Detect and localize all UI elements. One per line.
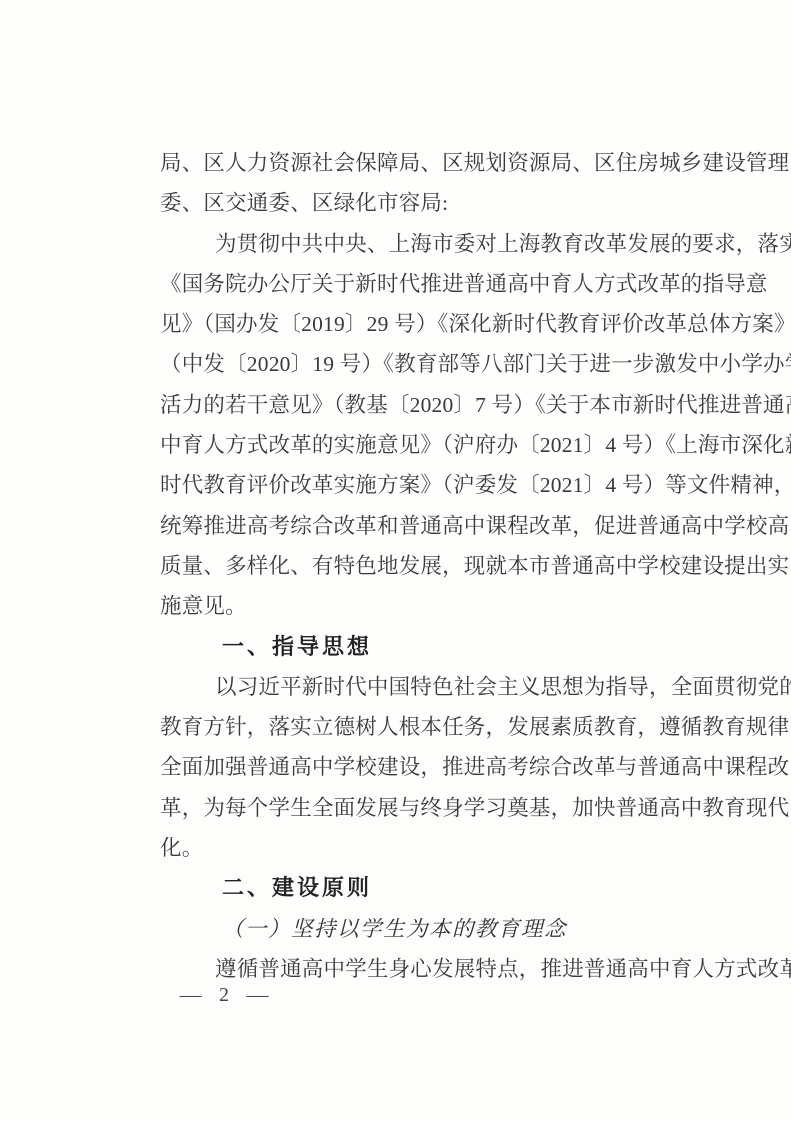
- paragraph-line: 革，为每个学生全面发展与终身学习奠基，加快普通高中教育现代: [160, 788, 782, 828]
- paragraph-line: 教育方针，落实立德树人根本任务，发展素质教育，遵循教育规律，: [160, 707, 782, 747]
- section1-heading: 一、指导思想: [160, 627, 782, 667]
- page-footer: — 2 —: [181, 984, 267, 1007]
- paragraph-line: 统筹推进高考综合改革和普通高中课程改革，促进普通高中学校高: [160, 506, 782, 546]
- paragraph-line: 见》（国办发〔2019〕29 号）《深化新时代教育评价改革总体方案》: [160, 304, 782, 344]
- paragraph-line: 施意见。: [160, 586, 782, 626]
- page-number: 2: [219, 984, 229, 1007]
- paragraph-line: 化。: [160, 828, 782, 868]
- document-body: 局、区人力资源社会保障局、区规划资源局、区住房城乡建设管理 委、区交通委、区绿化…: [160, 143, 782, 989]
- paragraph-line: 中育人方式改革的实施意见》（沪府办〔2021〕4 号）《上海市深化新: [160, 425, 782, 465]
- section2-subheading: （一）坚持以学生为本的教育理念: [160, 909, 782, 949]
- paragraph-line: 为贯彻中共中央、上海市委对上海教育改革发展的要求，落实: [160, 224, 782, 264]
- paragraph-line: 《国务院办公厅关于新时代推进普通高中育人方式改革的指导意: [160, 264, 782, 304]
- footer-right-dash: —: [247, 985, 269, 1007]
- scanned-document-page: 局、区人力资源社会保障局、区规划资源局、区住房城乡建设管理 委、区交通委、区绿化…: [0, 0, 791, 1121]
- paragraph-line: 质量、多样化、有特色地发展，现就本市普通高中学校建设提出实: [160, 546, 782, 586]
- paragraph-line: 全面加强普通高中学校建设，推进高考综合改革与普通高中课程改: [160, 747, 782, 787]
- paragraph-line: 时代教育评价改革实施方案》（沪委发〔2021〕4 号）等文件精神，: [160, 465, 782, 505]
- paragraph-line: 以习近平新时代中国特色社会主义思想为指导，全面贯彻党的: [160, 667, 782, 707]
- paragraph-line: （中发〔2020〕19 号）《教育部等八部门关于进一步激发中小学办学: [160, 344, 782, 384]
- section2-heading: 二、建设原则: [160, 868, 782, 908]
- footer-left-dash: —: [180, 985, 202, 1007]
- salutation-line: 局、区人力资源社会保障局、区规划资源局、区住房城乡建设管理: [160, 143, 782, 183]
- salutation-line: 委、区交通委、区绿化市容局:: [160, 183, 782, 223]
- paragraph-line: 活力的若干意见》（教基〔2020〕7 号）《关于本市新时代推进普通高: [160, 385, 782, 425]
